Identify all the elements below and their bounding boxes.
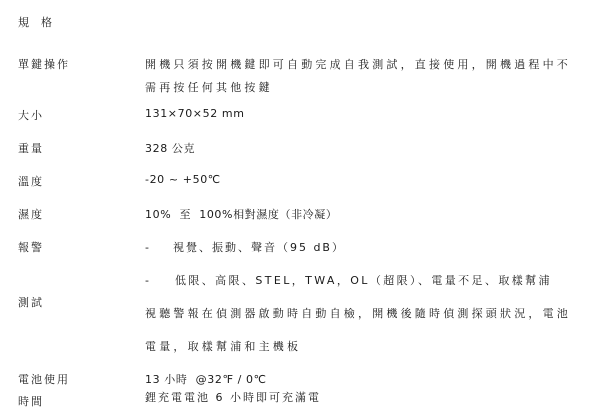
spec-label-humidity: 濕度 xyxy=(18,206,44,222)
spec-value-test-line2: 視聽警報在偵測器啟動時自動自檢，開機後隨時偵測探頭狀況，電池 xyxy=(145,305,571,321)
spec-value-test-line1: - 低限、高限、STEL，TWA，OL（超限）、電量不足、取樣幫浦 xyxy=(145,272,552,288)
spec-value-battery-line1: 13 小時 @32℉ / 0℃ xyxy=(145,371,267,387)
spec-label-weight: 重量 xyxy=(18,140,44,156)
spec-label-single-key: 單鍵操作 xyxy=(18,56,70,72)
spec-label-alarm: 報警 xyxy=(18,239,44,255)
spec-value-humidity: 10% 至 100%相對濕度（非冷凝） xyxy=(145,206,337,222)
spec-value-single-key-line2: 需再按任何其他按鍵 xyxy=(145,79,273,95)
spec-label-size: 大小 xyxy=(18,107,44,123)
spec-value-size: 131×70×52 mm xyxy=(145,107,245,120)
spec-value-weight: 328 公克 xyxy=(145,140,195,156)
spec-value-alarm: - 視覺、振動、聲音（95 dB） xyxy=(145,239,345,255)
spec-label-temperature: 溫度 xyxy=(18,173,44,189)
spec-label-test: 測試 xyxy=(18,294,44,310)
spec-value-battery-line2: 鋰充電電池 6 小時即可充滿電 xyxy=(145,389,321,405)
section-title: 規格 xyxy=(18,14,64,30)
title-char-1: 規 xyxy=(18,16,41,29)
spec-value-single-key-line1: 開機只須按開機鍵即可自動完成自我測試，直接使用，開機過程中不 xyxy=(145,56,571,72)
spec-value-temperature: -20 ~ +50℃ xyxy=(145,173,221,186)
spec-value-test-line3: 電量，取樣幫浦和主機板 xyxy=(145,338,301,354)
title-char-2: 格 xyxy=(41,16,64,29)
spec-label-battery-line1: 電池使用 xyxy=(18,371,70,387)
spec-label-battery-line2: 時間 xyxy=(18,393,44,409)
